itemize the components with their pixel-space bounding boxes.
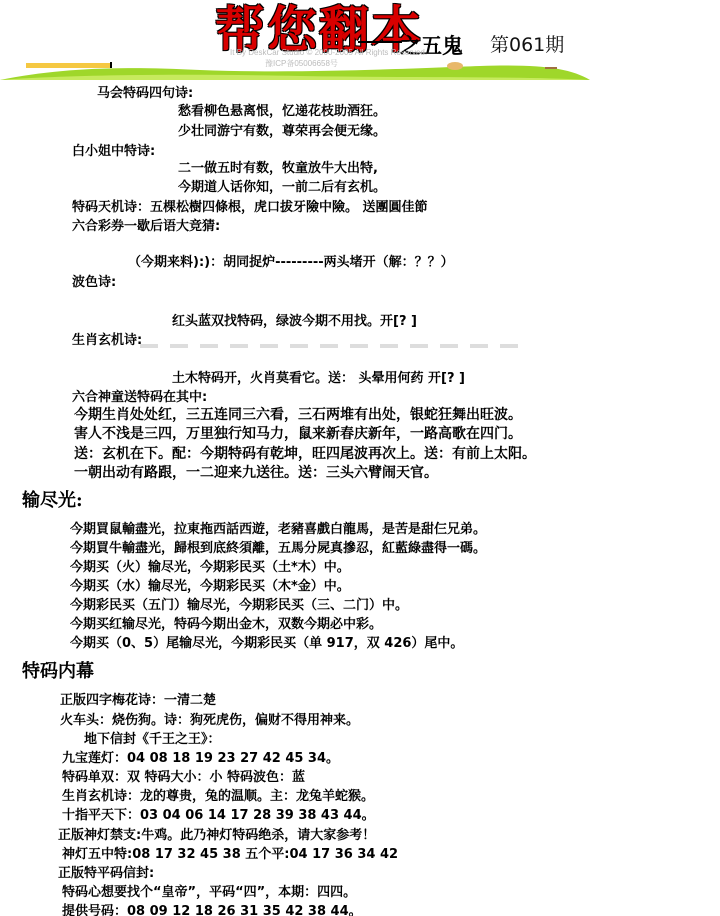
- sjg-line-1: 今期買鼠輸盡光，拉東拖西話西遊，老豬喜戲白龍馬，是苦是甜仨兄弟。: [70, 518, 486, 537]
- shentong-line-1: 今期生肖处处红，三五连同三六看，三石两堆有出处，银蛇狂舞出旺波。: [74, 404, 522, 424]
- shentong-line-2: 害人不浅是三四，万里独行知马力，鼠来新春庆新年，一路高歌在四门。: [74, 423, 522, 443]
- bai-line-2: 今期道人话你知，一前二后有玄机。: [178, 176, 386, 195]
- faded-text-row: [140, 344, 520, 348]
- xiehouyu-line: （今期来料):)：胡同捉炉---------两头堵开（解：？？）: [128, 251, 454, 270]
- sjg-line-5: 今期彩民买（五门）输尽光，今期彩民买（三、二门）中。: [70, 594, 408, 613]
- tmnm-line-9: 神灯五中特:08 17 32 45 38 五个平:04 17 36 34 42: [62, 843, 398, 862]
- shujinguang-heading: 输尽光:: [22, 486, 83, 512]
- tmnm-line-8: 正版神灯禁支:牛鸡。此乃神灯特码绝杀，请大家参考！: [58, 824, 375, 843]
- tmnm-line-11: 特码心想要找个“皇帝”，平码“四”，本期：四四。: [62, 881, 356, 900]
- sjg-line-6: 今期买红输尽光，特码今期出金木，双数今期必中彩。: [70, 613, 382, 632]
- tmnm-line-6: 生肖玄机诗：龙的尊贵，兔的温顺。主：龙兔羊蛇猴。: [62, 785, 374, 804]
- sjg-line-2: 今期買牛輸盡光，歸根到底終須離，五馬分屍真摻忍，紅藍綠盡得一碼。: [70, 537, 486, 556]
- tmnm-line-2: 火车头：烧伤狗。诗：狗死虎伤，偏财不得用神来。: [60, 709, 359, 728]
- shentong-line-3: 送：玄机在下。配：今期特码有乾坤，旺四尾波再次上。送：有前上太阳。: [74, 443, 536, 463]
- sjg-line-7: 今期买（0、5）尾输尽光，今期彩民买（单 917，双 426）尾中。: [70, 632, 463, 651]
- tmnm-line-5: 特码单双：双 特码大小：小 特码波色：蓝: [62, 766, 305, 785]
- shengxiao-label: 生肖玄机诗:: [72, 329, 142, 348]
- sjg-line-4: 今期买（水）输尽光，今期彩民买（木*金）中。: [70, 575, 350, 594]
- watermark-line-1: It By DeskCar Studio © 2000-2005 All Rig…: [230, 48, 427, 57]
- tianji-line: 特码天机诗：五棵松樹四條根，虎口拔牙險中險。 送團圓佳節: [72, 196, 428, 215]
- sjg-line-3: 今期买（火）输尽光，今期彩民买（土*木）中。: [70, 556, 350, 575]
- bai-line-1: 二一做五时有数，牧童放牛大出特,: [178, 157, 378, 176]
- tmnm-line-12: 提供号码：08 09 12 18 26 31 35 42 38 44。: [62, 900, 362, 916]
- issue-number: 第061期: [490, 30, 564, 57]
- tmnm-line-3: 地下信封《千王之王》：: [84, 728, 221, 747]
- mahui-line-2: 少壮同游宁有数，尊荣再会便无缘。: [178, 120, 386, 139]
- tmnm-line-7: 十指平天下：03 04 06 14 17 28 39 38 43 44。: [62, 804, 375, 823]
- xiehouyu-label: 六合彩券一歇后语大竞猜:: [72, 215, 220, 234]
- mahui-label: 马会特码四句诗:: [97, 82, 193, 101]
- tmnm-line-1: 正版四字梅花诗：一清二楚: [60, 689, 216, 708]
- bose-line: 红头蓝双找特码，绿波今期不用找。开[? ]: [172, 310, 417, 329]
- tmnm-line-10: 正版特平码信封:: [58, 862, 154, 881]
- shentong-line-4: 一朝出动有路跟，一二迎来九送往。送：三头六臂闹天官。: [74, 462, 438, 482]
- mahui-line-1: 愁看柳色悬离恨，忆递花枝助酒狂。: [178, 100, 386, 119]
- green-hill-banner: [0, 60, 590, 80]
- tmnm-line-4: 九宝莲灯：04 08 18 19 23 27 42 45 34。: [62, 747, 339, 766]
- shengxiao-line: 土木特码开，火肖莫看它。送： 头晕用何药 开[? ]: [172, 367, 465, 386]
- shentong-label: 六合神童送特码在其中:: [72, 386, 207, 405]
- title-strike-line: [358, 41, 402, 43]
- bose-label: 波色诗:: [72, 271, 116, 290]
- bai-label: 白小姐中特诗:: [72, 140, 155, 159]
- temaneimu-heading: 特码内幕: [22, 657, 94, 683]
